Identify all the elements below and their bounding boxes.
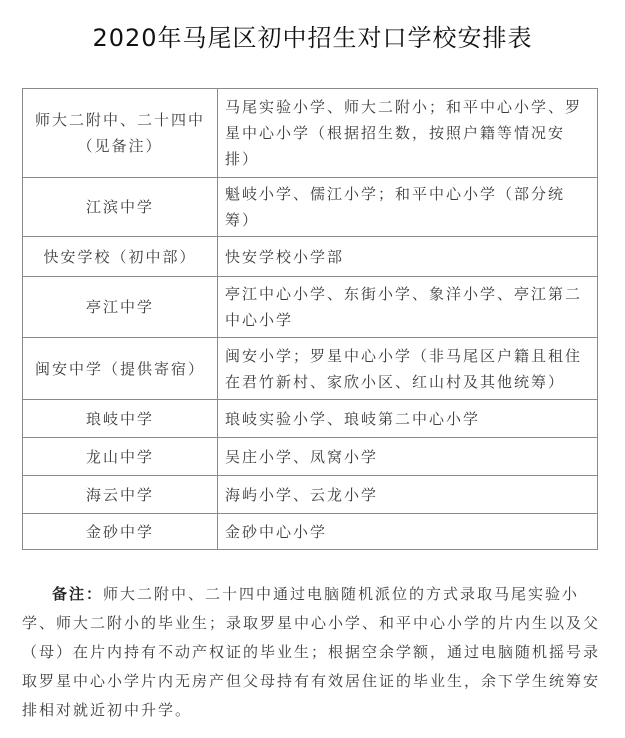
primary-schools-cell: 金砂中心小学: [218, 514, 598, 550]
middle-school-cell: 海云中学: [23, 476, 218, 514]
middle-school-cell: 琅岐中学: [23, 400, 218, 438]
remarks-text: 师大二附中、二十四中通过电脑随机派位的方式录取马尾实验小学、师大二附小的毕业生；…: [22, 585, 600, 719]
table-row: 江滨中学 魁岐小学、儒江小学；和平中心小学（部分统筹）: [23, 178, 598, 237]
table-row: 龙山中学 吴庄小学、凤窝小学: [23, 438, 598, 476]
table-row: 亭江中学 亭江中心小学、东街小学、象洋小学、亭江第二中心小学: [23, 277, 598, 338]
page-title: 2020年马尾区初中招生对口学校安排表: [0, 18, 625, 53]
primary-schools-cell: 亭江中心小学、东街小学、象洋小学、亭江第二中心小学: [218, 277, 598, 338]
primary-schools-cell: 马尾实验小学、师大二附小；和平中心小学、罗星中心小学（根据招生数，按照户籍等情况…: [218, 89, 598, 178]
table-row: 金砂中学 金砂中心小学: [23, 514, 598, 550]
middle-school-cell: 师大二附中、二十四中（见备注）: [23, 89, 218, 178]
primary-schools-cell: 吴庄小学、凤窝小学: [218, 438, 598, 476]
primary-schools-cell: 魁岐小学、儒江小学；和平中心小学（部分统筹）: [218, 178, 598, 237]
remarks-paragraph: 备注：师大二附中、二十四中通过电脑随机派位的方式录取马尾实验小学、师大二附小的毕…: [22, 580, 602, 725]
middle-school-cell: 龙山中学: [23, 438, 218, 476]
primary-schools-cell: 快安学校小学部: [218, 237, 598, 277]
table-row: 闽安中学（提供寄宿） 闽安小学；罗星中心小学（非马尾区户籍且租住在君竹新村、家欣…: [23, 338, 598, 400]
middle-school-cell: 亭江中学: [23, 277, 218, 338]
school-assignment-table: 师大二附中、二十四中（见备注） 马尾实验小学、师大二附小；和平中心小学、罗星中心…: [22, 88, 598, 550]
primary-schools-cell: 琅岐实验小学、琅岐第二中心小学: [218, 400, 598, 438]
table-row: 海云中学 海屿小学、云龙小学: [23, 476, 598, 514]
table-row: 快安学校（初中部） 快安学校小学部: [23, 237, 598, 277]
middle-school-cell: 江滨中学: [23, 178, 218, 237]
middle-school-cell: 快安学校（初中部）: [23, 237, 218, 277]
primary-schools-cell: 闽安小学；罗星中心小学（非马尾区户籍且租住在君竹新村、家欣小区、红山村及其他统筹…: [218, 338, 598, 400]
primary-schools-cell: 海屿小学、云龙小学: [218, 476, 598, 514]
middle-school-cell: 闽安中学（提供寄宿）: [23, 338, 218, 400]
remarks-label: 备注：: [52, 585, 103, 603]
table-row: 师大二附中、二十四中（见备注） 马尾实验小学、师大二附小；和平中心小学、罗星中心…: [23, 89, 598, 178]
table-row: 琅岐中学 琅岐实验小学、琅岐第二中心小学: [23, 400, 598, 438]
middle-school-cell: 金砂中学: [23, 514, 218, 550]
